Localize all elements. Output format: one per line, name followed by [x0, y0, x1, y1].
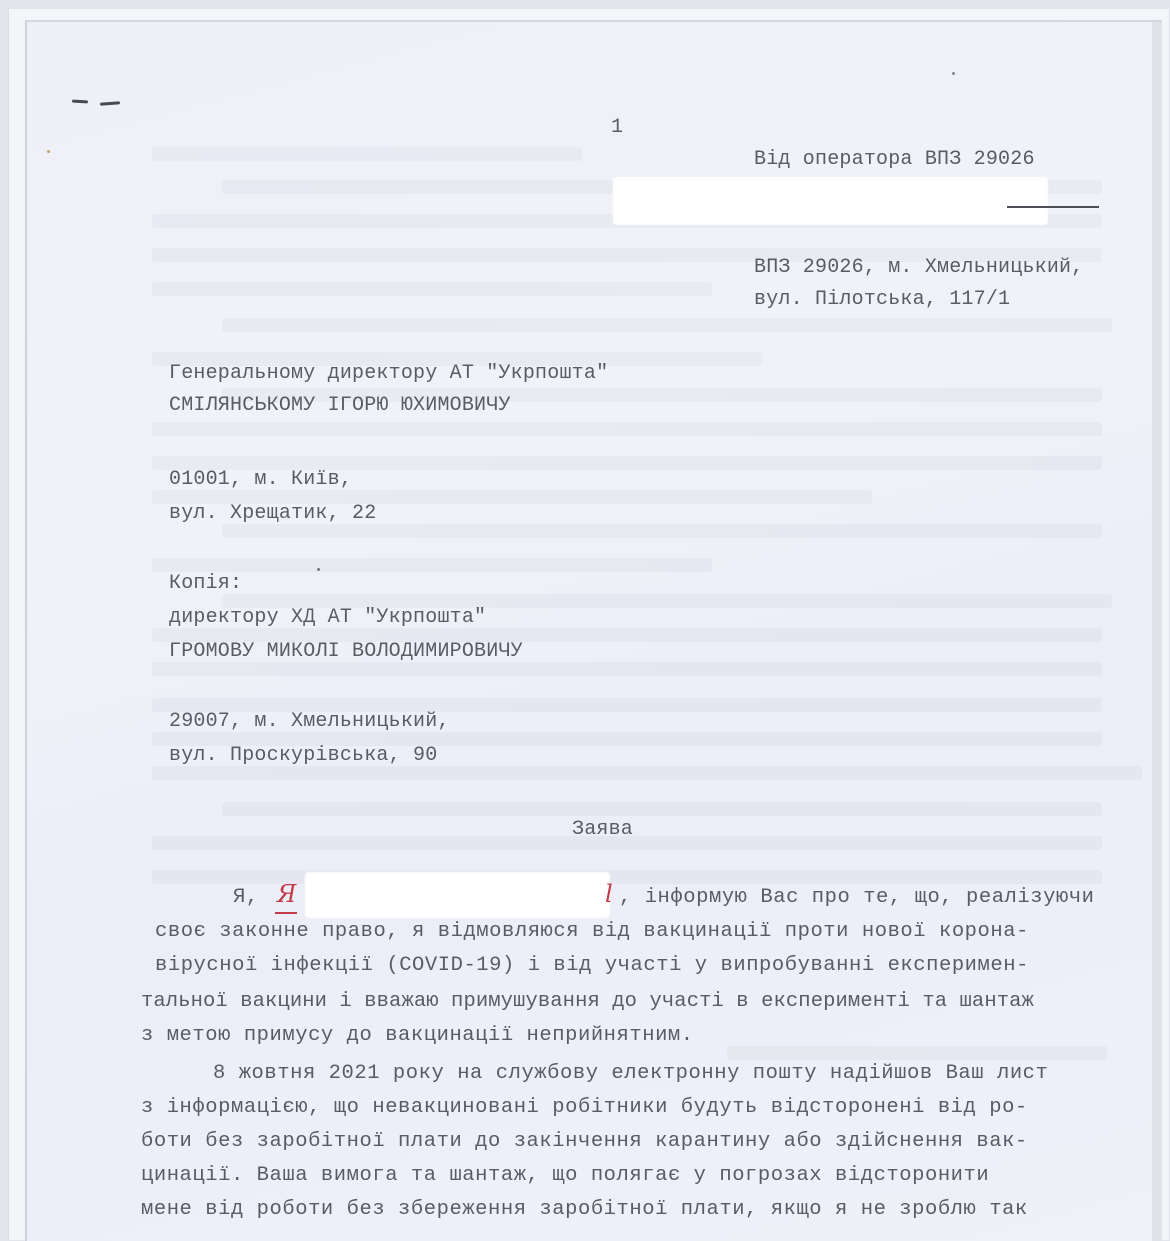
- sender-address-line2: вул. Пілотська, 117/1: [754, 288, 1010, 311]
- recipient-address-line1: 01001, м. Київ,: [169, 468, 352, 491]
- stray-speck: [47, 150, 50, 153]
- bleed-through-text: [152, 422, 1102, 436]
- bleed-through-text: [222, 802, 1102, 816]
- scanned-letter-page: 1 Від оператора ВПЗ 29026 ВПЗ 29026, м. …: [25, 20, 1162, 1239]
- stray-mark: [72, 100, 88, 104]
- bleed-through-text: [152, 147, 582, 161]
- sender-from-line: Від оператора ВПЗ 29026: [754, 148, 1035, 171]
- stray-speck: [952, 72, 955, 75]
- recipient-name: СМІЛЯНСЬКОМУ ІГОРЮ ЮХИМОВИЧУ: [169, 394, 511, 417]
- stray-mark: [100, 101, 120, 105]
- bleed-through-text: [222, 524, 1102, 538]
- paragraph2-line1: 8 жовтня 2021 року на службову електронн…: [213, 1062, 1048, 1085]
- paragraph1-line3: вірусної інфекції (COVID-19) і від участ…: [155, 954, 1029, 977]
- copy-recipient-title: директору ХД АТ "Укрпошта": [169, 606, 486, 629]
- redacted-sender-name: [613, 177, 1048, 225]
- paragraph2-line4: цинації. Ваша вимога та шантаж, що поляг…: [141, 1164, 989, 1187]
- paragraph2-line3: боти без заробітної плати до закінчення …: [141, 1130, 1028, 1153]
- signature-underline: [1007, 206, 1099, 208]
- redacted-applicant-name: [305, 872, 610, 918]
- bleed-through-text: [727, 1046, 1107, 1060]
- paragraph1-line1-start: Я,: [233, 886, 259, 909]
- bleed-through-text: [152, 662, 1102, 676]
- paragraph2-line5: мене від роботи без збереження заробітно…: [141, 1198, 1028, 1221]
- recipient-address-line2: вул. Хрещатик, 22: [169, 502, 376, 525]
- copy-address-line1: 29007, м. Хмельницький,: [169, 710, 450, 733]
- page-number: 1: [611, 116, 623, 139]
- copy-recipient-name: ГРОМОВУ МИКОЛІ ВОЛОДИМИРОВИЧУ: [169, 640, 523, 663]
- bleed-through-text: [152, 282, 712, 296]
- bleed-through-text: [152, 558, 712, 572]
- paragraph1-line4: тальної вакцини і вважаю примушування до…: [141, 990, 1034, 1013]
- paragraph1-line2: своє законне право, я відмовляюся від ва…: [155, 920, 1029, 943]
- handwritten-initial-end: l: [605, 880, 613, 908]
- stray-speck: [317, 568, 320, 571]
- bleed-through-text: [152, 766, 1142, 780]
- sender-address-line1: ВПЗ 29026, м. Хмельницький,: [754, 256, 1083, 279]
- copy-address-line2: вул. Проскурівська, 90: [169, 744, 437, 767]
- handwritten-initial-start: Я: [277, 880, 296, 908]
- bleed-through-text: [222, 318, 1112, 332]
- paragraph1-line5: з метою примусу до вакцинації неприйнятн…: [141, 1024, 694, 1047]
- recipient-title: Генеральному директору АТ "Укрпошта": [169, 362, 608, 385]
- paragraph1-line1-end: , інформую Вас про те, що, реалізуючи: [619, 886, 1095, 909]
- document-heading: Заява: [572, 818, 633, 841]
- handwritten-underline: [275, 912, 297, 914]
- paragraph2-line2: з інформацією, що невакциновані робітник…: [141, 1096, 1028, 1119]
- copy-label: Копія:: [169, 572, 242, 595]
